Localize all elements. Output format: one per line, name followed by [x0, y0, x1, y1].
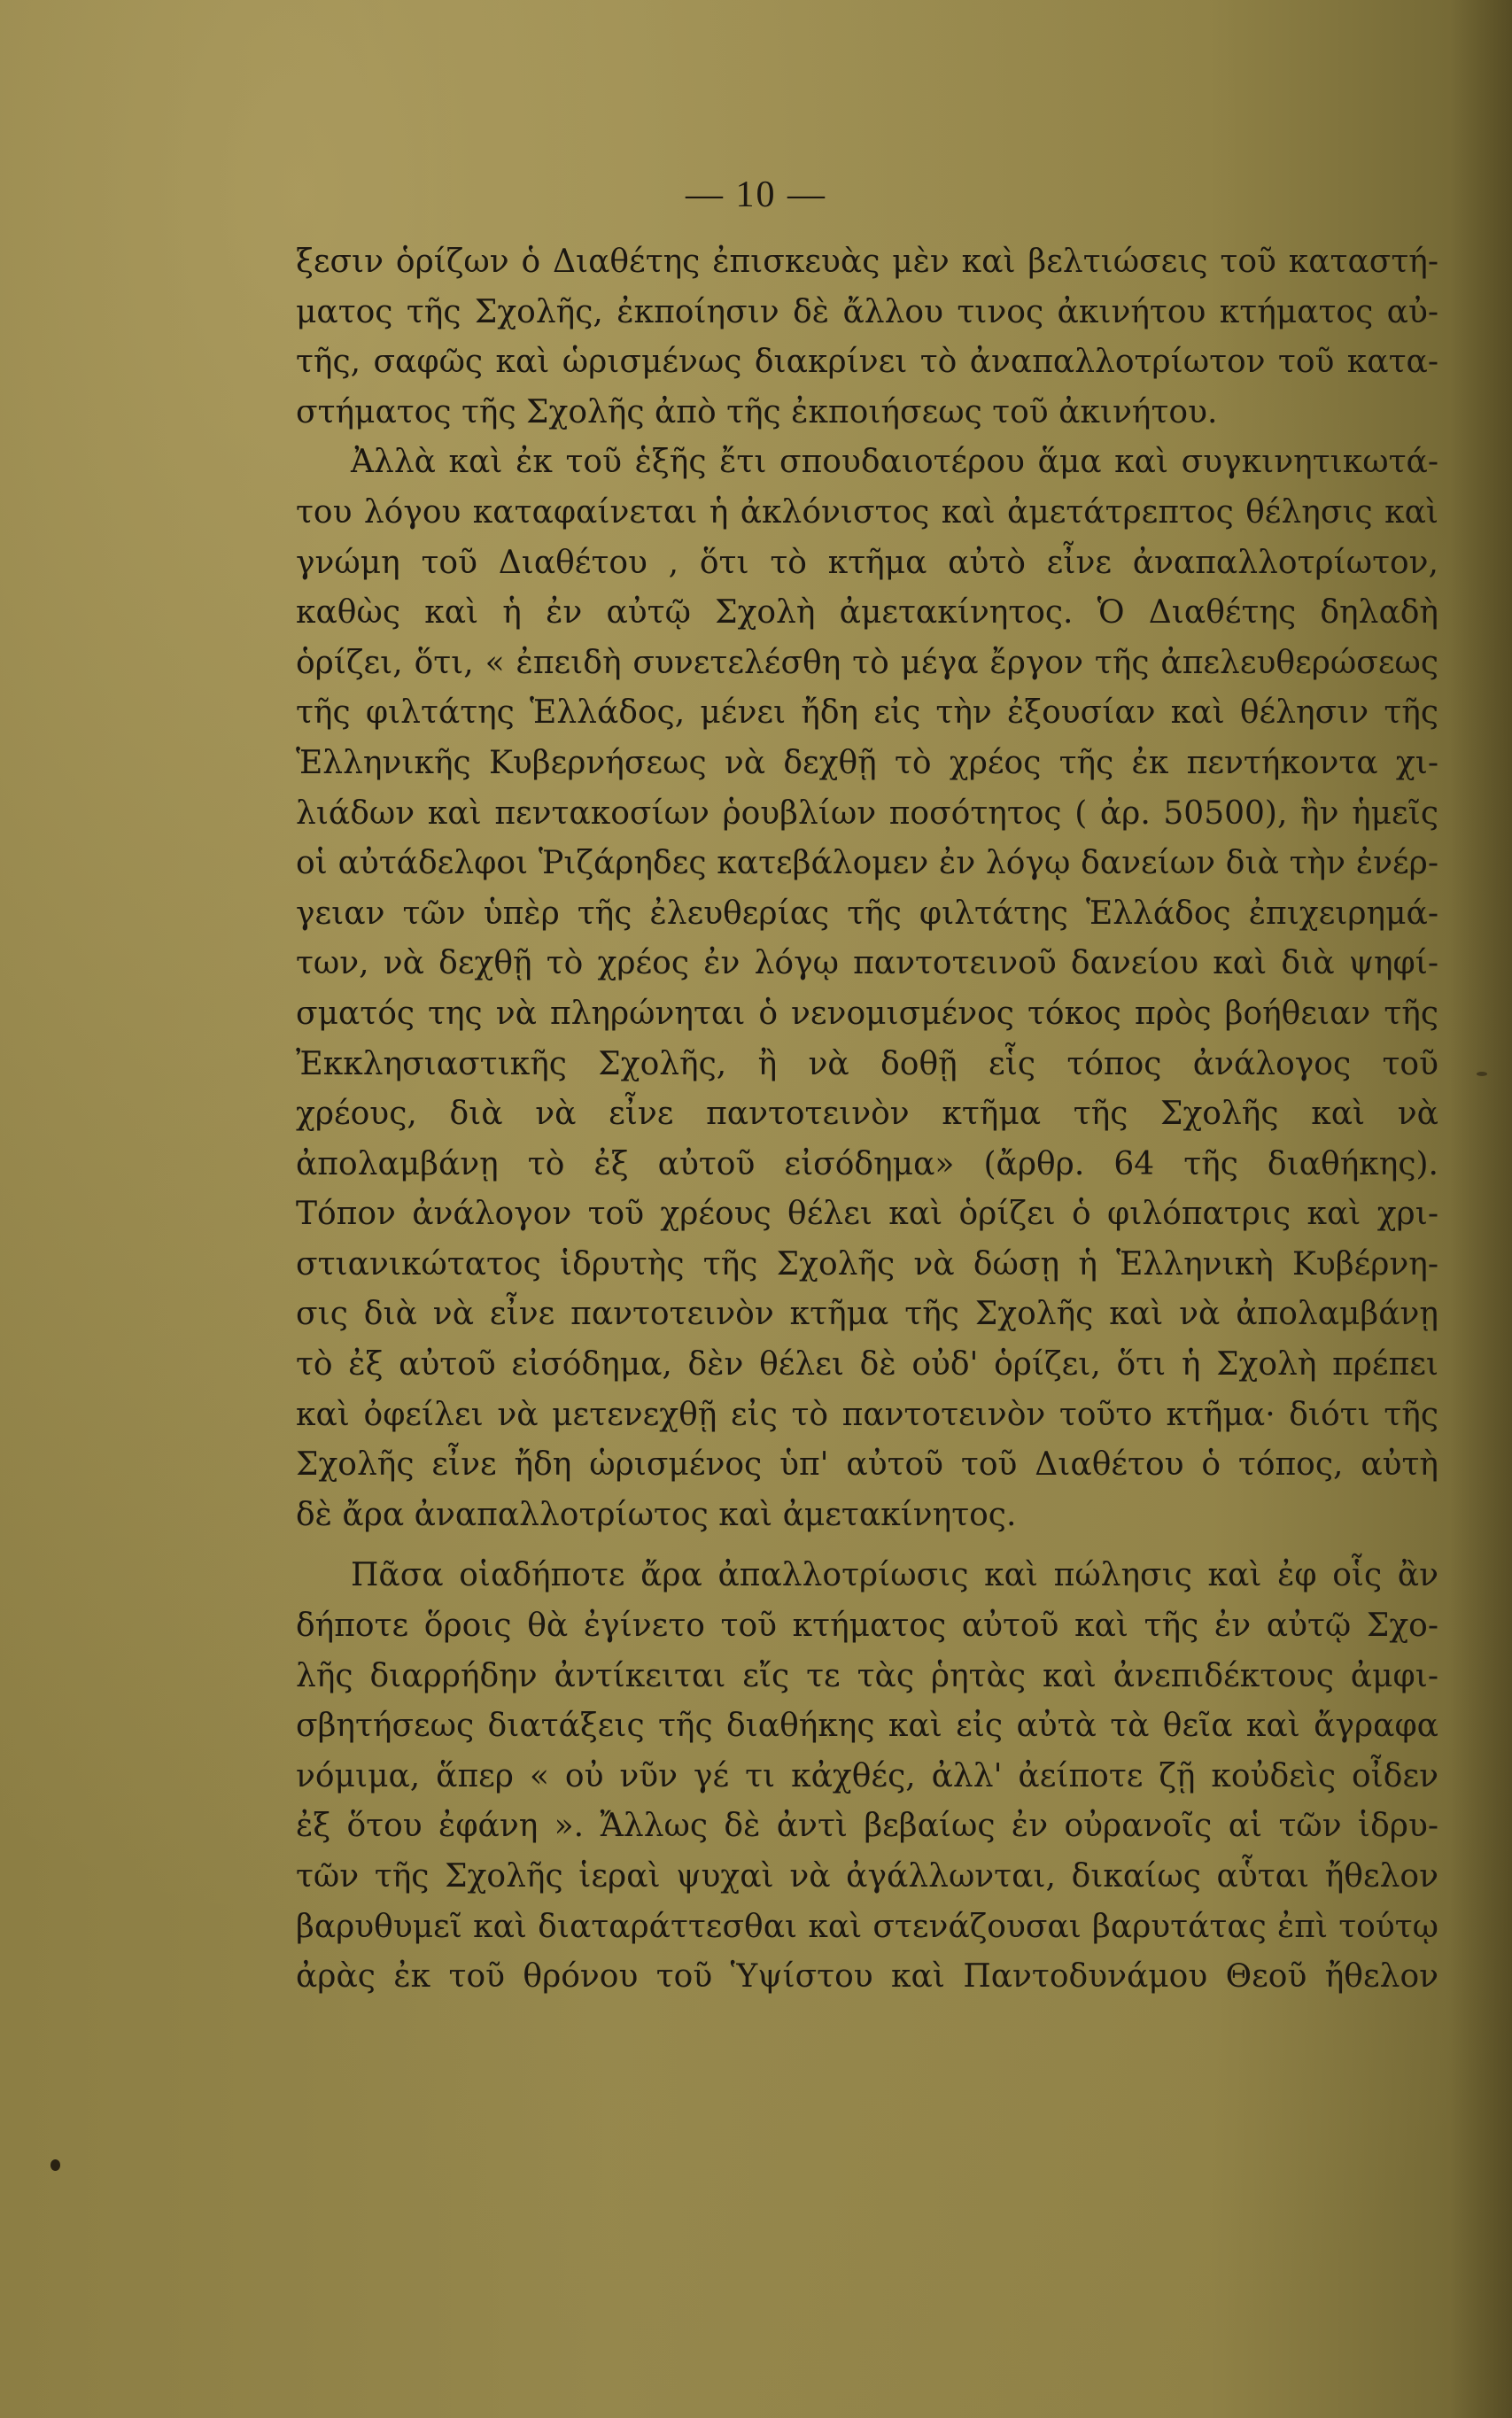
text-line: ἀπολαμβάνῃ τὸ ἐξ αὐτοῦ εἰσόδημα» (ἄρθρ. … [296, 1140, 1438, 1190]
text-line: στιανικώτατος ἱδρυτὴς τῆς Σχολῆς νὰ δώσῃ… [296, 1240, 1438, 1290]
paragraph-start-line: Πᾶσα οἱαδήποτε ἄρα ἀπαλλοτρίωσις καὶ πώλ… [296, 1551, 1438, 1601]
text-line: σβητήσεως διατάξεις τῆς διαθήκης καὶ εἰς… [296, 1701, 1438, 1752]
paper-speck [50, 2159, 60, 2171]
text-line: ἀρὰς ἐκ τοῦ θρόνου τοῦ Ὑψίστου καὶ Παντο… [296, 1952, 1438, 2003]
text-line: Σχολῆς εἶνε ἤδη ὡρισμένος ὑπ' αὐτοῦ τοῦ … [296, 1440, 1438, 1491]
paragraph-start-line: Ἀλλὰ καὶ ἐκ τοῦ ἑξῆς ἔτι σπουδαιοτέρου ἅ… [296, 438, 1438, 488]
text-line: τῆς φιλτάτης Ἑλλάδος, μένει ἤδη εἰς τὴν … [296, 688, 1438, 739]
text-line: δήποτε ὅροις θὰ ἐγίνετο τοῦ κτήματος αὐτ… [296, 1601, 1438, 1652]
text-line: του λόγου καταφαίνεται ἡ ἀκλόνιστος καὶ … [296, 488, 1438, 539]
text-line: νόμιμα, ἅπερ « οὐ νῦν γέ τι κἀχθές, ἀλλ'… [296, 1752, 1438, 1802]
text-line: καὶ ὀφείλει νὰ μετενεχθῇ εἰς τὸ παντοτει… [296, 1391, 1438, 1441]
text-line: δὲ ἄρα ἀναπαλλοτρίωτος καὶ ἀμετακίνητος. [296, 1491, 1438, 1541]
text-line: σματός της νὰ πληρώνηται ὁ νενομισμένος … [296, 989, 1438, 1040]
text-line: ξεσιν ὁρίζων ὁ Διαθέτης ἐπισκευὰς μὲν κα… [296, 237, 1438, 288]
body-text: ξεσιν ὁρίζων ὁ Διαθέτης ἐπισκευὰς μὲν κα… [296, 237, 1438, 2003]
text-line: οἱ αὐτάδελφοι Ῥιζάρηδες κατεβάλομεν ἐν λ… [296, 839, 1438, 889]
text-line: καθὼς καὶ ἡ ἐν αὐτῷ Σχολὴ ἀμετακίνητος. … [296, 588, 1438, 639]
text-line: ὁρίζει, ὅτι, « ἐπειδὴ συνετελέσθη τὸ μέγ… [296, 639, 1438, 689]
text-line: σις διὰ νὰ εἶνε παντοτεινὸν κτῆμα τῆς Σχ… [296, 1290, 1438, 1340]
paper-speck [1477, 1072, 1487, 1076]
text-line: χρέους, διὰ νὰ εἶνε παντοτεινὸν κτῆμα τῆ… [296, 1089, 1438, 1140]
text-line: Τόπον ἀνάλογον τοῦ χρέους θέλει καὶ ὁρίζ… [296, 1190, 1438, 1240]
text-line: γειαν τῶν ὑπὲρ τῆς ἐλευθερίας τῆς φιλτάτ… [296, 889, 1438, 940]
page-number: — 10 — [0, 174, 1512, 216]
text-line: γνώμη τοῦ Διαθέτου , ὅτι τὸ κτῆμα αὐτὸ ε… [296, 539, 1438, 589]
text-line: ἐξ ὅτου ἐφάνη ». Ἄλλως δὲ ἀντὶ βεβαίως ἐ… [296, 1802, 1438, 1852]
text-line: τῆς, σαφῶς καὶ ὡρισμένως διακρίνει τὸ ἀν… [296, 337, 1438, 388]
text-line: λῆς διαρρήδην ἀντίκειται εἴς τε τὰς ῥητὰ… [296, 1652, 1438, 1702]
text-line: των, νὰ δεχθῇ τὸ χρέος ἐν λόγῳ παντοτειν… [296, 939, 1438, 989]
text-line: τῶν τῆς Σχολῆς ἱεραὶ ψυχαὶ νὰ ἀγάλλωνται… [296, 1852, 1438, 1903]
text-line: Ἐκκλησιαστικῆς Σχολῆς, ἢ νὰ δοθῇ εἷς τόπ… [296, 1040, 1438, 1090]
scanned-page: — 10 — ξεσιν ὁρίζων ὁ Διαθέτης ἐπισκευὰς… [0, 0, 1512, 2418]
text-line: στήματος τῆς Σχολῆς ἀπὸ τῆς ἐκποιήσεως τ… [296, 388, 1438, 438]
text-line: λιάδων καὶ πεντακοσίων ῥουβλίων ποσότητο… [296, 789, 1438, 840]
text-line: ματος τῆς Σχολῆς, ἐκποίησιν δὲ ἄλλου τιν… [296, 288, 1438, 338]
text-line: Ἑλληνικῆς Κυβερνήσεως νὰ δεχθῇ τὸ χρέος … [296, 739, 1438, 789]
text-line: τὸ ἐξ αὐτοῦ εἰσόδημα, δὲν θέλει δὲ οὐδ' … [296, 1340, 1438, 1391]
page-edge-shadow [1450, 0, 1512, 2418]
text-line: βαρυθυμεῖ καὶ διαταράττεσθαι καὶ στενάζο… [296, 1903, 1438, 1953]
